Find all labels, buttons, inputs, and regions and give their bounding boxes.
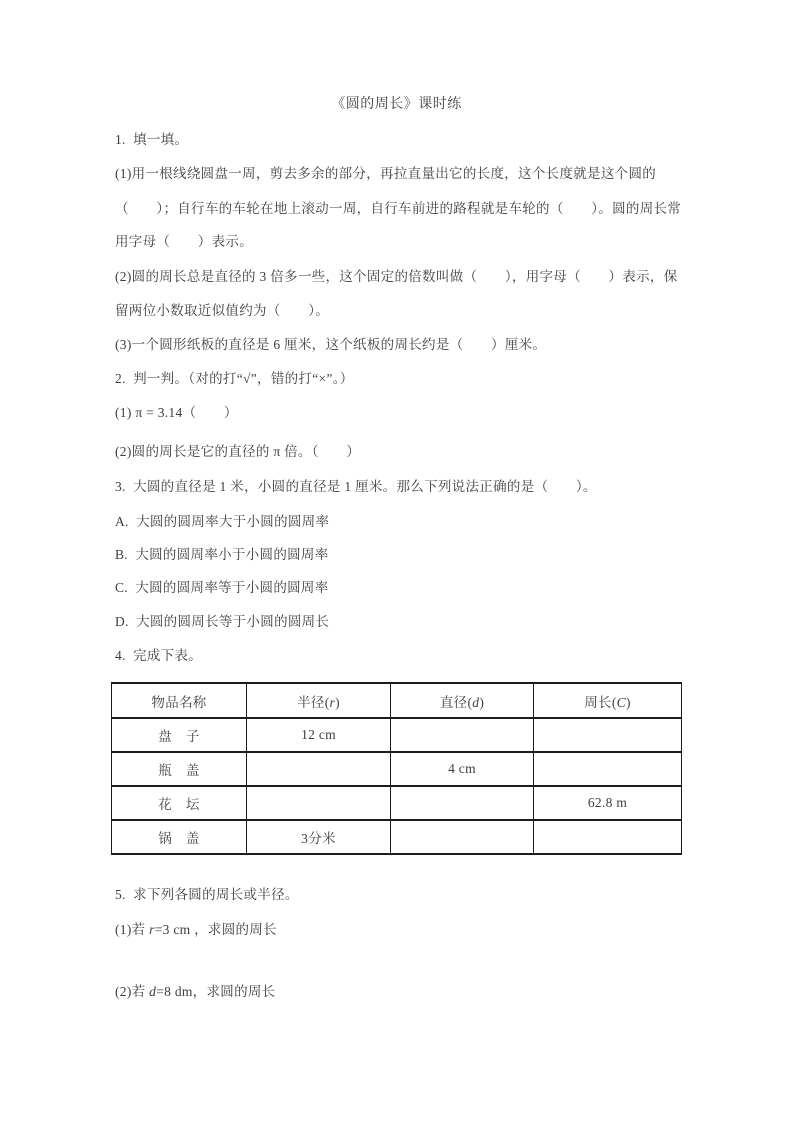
diameter-cell: 4 cm xyxy=(391,752,534,786)
question-5-heading: 5. 求下列各圆的周长或半径。 xyxy=(115,885,299,905)
q5-part2-suffix: =8 dm，求圆的周长 xyxy=(156,984,275,999)
col-header-circumference: 周长(C) xyxy=(534,683,682,718)
q5-part1-suffix: =3 cm ，求圆的周长 xyxy=(155,922,277,937)
circumference-cell xyxy=(534,820,682,854)
question-3-heading: 3. 大圆的直径是 1 米，小圆的直径是 1 厘米。那么下列说法正确的是（ ）。 xyxy=(115,477,597,497)
circumference-header-close: ) xyxy=(626,695,631,710)
col-header-diameter: 直径(d) xyxy=(391,683,534,718)
q3-option-a: A. 大圆的圆周率大于小圆的圆周率 xyxy=(115,512,329,532)
table-row: 盘 子 12 cm xyxy=(112,718,682,752)
item-name-cell: 盘 子 xyxy=(112,718,247,752)
circumference-cell xyxy=(534,752,682,786)
q5-part2-prefix: (2)若 xyxy=(115,984,149,999)
circumference-cell xyxy=(534,718,682,752)
q1-part2-line1: (2)圆的周长总是直径的 3 倍多一些，这个固定的倍数叫做（ ），用字母（ ）表… xyxy=(115,267,678,287)
circumference-cell: 62.8 m xyxy=(534,786,682,820)
q5-part2: (2)若 d=8 dm，求圆的周长 xyxy=(115,982,275,1002)
q1-part3: (3)一个圆形纸板的直径是 6 厘米，这个纸板的周长约是（ ）厘米。 xyxy=(115,335,546,355)
diameter-header-text: 直径( xyxy=(440,695,472,710)
q2-part1: (1) π = 3.14（ ） xyxy=(115,403,238,423)
q3-option-b: B. 大圆的圆周率小于小圆的圆周率 xyxy=(115,545,329,565)
table-row: 锅 盖 3分米 xyxy=(112,820,682,854)
q3-option-d: D. 大圆的圆周长等于小圆的圆周长 xyxy=(115,612,329,632)
radius-header-close: ) xyxy=(335,695,340,710)
table-row: 花 坛 62.8 m xyxy=(112,786,682,820)
q1-part1-line3: 用字母（ ）表示。 xyxy=(115,232,253,252)
question-2-heading: 2. 判一判。（对的打“√”，错的打“×”。） xyxy=(115,369,354,389)
diameter-header-close: ) xyxy=(479,695,484,710)
circumference-header-text: 周长( xyxy=(584,695,616,710)
page-title: 《圆的周长》课时练 xyxy=(0,93,793,113)
item-name-cell: 瓶 盖 xyxy=(112,752,247,786)
table-row: 瓶 盖 4 cm xyxy=(112,752,682,786)
radius-header-text: 半径( xyxy=(297,695,329,710)
col-header-item-name: 物品名称 xyxy=(112,683,247,718)
q5-part1-prefix: (1)若 xyxy=(115,922,149,937)
question-1-heading: 1. 填一填。 xyxy=(115,130,188,150)
col-header-radius: 半径(r) xyxy=(247,683,391,718)
question-4-heading: 4. 完成下表。 xyxy=(115,646,202,666)
q1-part1-line2: （ ）；自行车的车轮在地上滚动一周，自行车前进的路程就是车轮的（ ）。圆的周长常 xyxy=(115,199,681,219)
radius-cell xyxy=(247,786,391,820)
radius-cell: 3分米 xyxy=(247,820,391,854)
completion-table: 物品名称 半径(r) 直径(d) 周长(C) 盘 子 12 cm 瓶 盖 4 c… xyxy=(111,682,682,855)
q3-option-c: C. 大圆的圆周率等于小圆的圆周率 xyxy=(115,578,329,598)
radius-cell: 12 cm xyxy=(247,718,391,752)
q5-part1: (1)若 r=3 cm ，求圆的周长 xyxy=(115,920,277,940)
q2-part2: (2)圆的周长是它的直径的 π 倍。（ ） xyxy=(115,442,360,462)
diameter-cell xyxy=(391,718,534,752)
diameter-cell xyxy=(391,786,534,820)
item-name-cell: 花 坛 xyxy=(112,786,247,820)
radius-cell xyxy=(247,752,391,786)
q1-part1-line1: (1)用一根线绕圆盘一周，剪去多余的部分，再拉直量出它的长度，这个长度就是这个圆… xyxy=(115,164,656,184)
table-header-row: 物品名称 半径(r) 直径(d) 周长(C) xyxy=(112,683,682,718)
q1-part2-line2: 留两位小数取近似值约为（ ）。 xyxy=(115,301,329,321)
circumference-symbol: C xyxy=(617,695,626,710)
diameter-cell xyxy=(391,820,534,854)
worksheet-page: 《圆的周长》课时练 1. 填一填。 (1)用一根线绕圆盘一周，剪去多余的部分，再… xyxy=(0,0,793,1122)
item-name-cell: 锅 盖 xyxy=(112,820,247,854)
